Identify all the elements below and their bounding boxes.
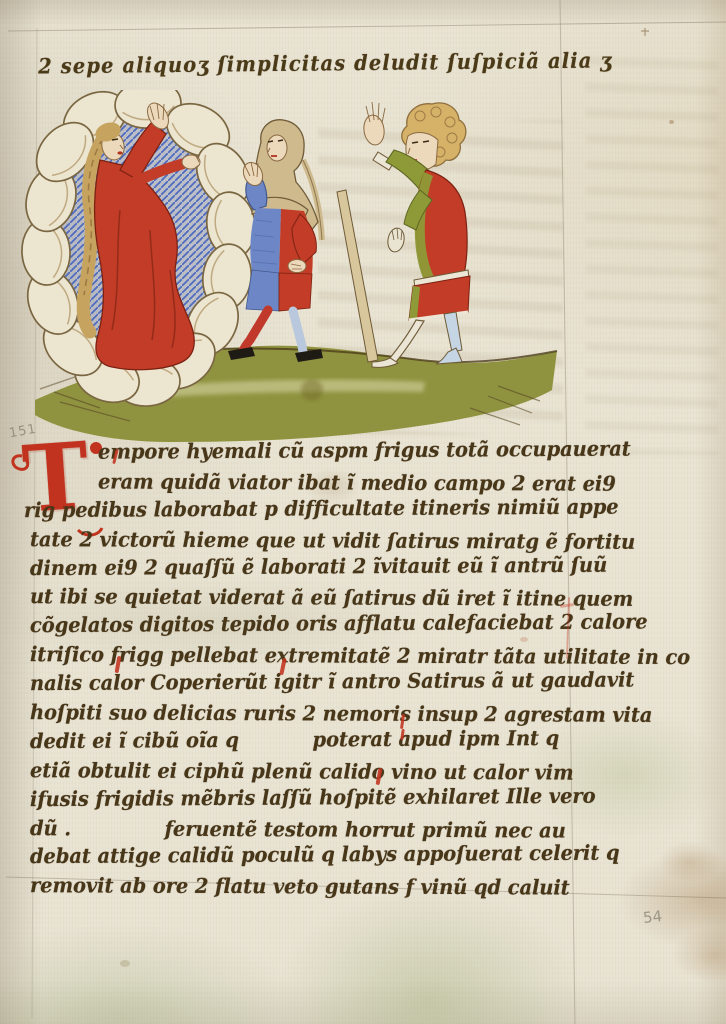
spirit-face: [93, 119, 127, 162]
verso-text-showthrough-margin: [586, 55, 718, 455]
hood-cape: [252, 197, 308, 228]
youth-red-tunic: [416, 170, 467, 286]
youth-figure: [362, 102, 470, 367]
traveler-blue-stocking: [293, 311, 303, 353]
ground-hatch-strokes: [54, 386, 540, 425]
youth-front-foot: [372, 358, 398, 367]
spirit-dress-folds: [112, 210, 175, 348]
youth-raised-hand: [362, 102, 386, 146]
text-line: empore hyemali cũ aspm frigus totã occup…: [30, 437, 630, 471]
text-line: cõgelatos digitos tepido oris afflatu ca…: [30, 610, 630, 644]
text-line: debat attige calidũ poculũ q labys appoſ…: [30, 841, 630, 875]
text-line: dedit ei ĩ cibũ oĩa q poterat apud ipm I…: [30, 726, 630, 760]
ground-dark-spot: [301, 379, 323, 401]
foxing-speck: [669, 120, 674, 124]
blue-hatch-interior: [58, 116, 226, 380]
main-text-block: empore hyemali cũ aspm frigus totã occup…: [30, 441, 630, 903]
hooded-traveler-figure: [228, 120, 378, 362]
traveler-skirt-red: [279, 273, 312, 311]
traveler-skirt-blue: [246, 270, 279, 311]
foxing-speck: [120, 960, 130, 967]
spirit-raised-sleeve: [120, 122, 166, 180]
traveler-red-stocking: [243, 310, 268, 351]
youth-front-hand: [386, 227, 406, 253]
text-line: ifusis frigidis mẽbris laſſũ hoſpitẽ exh…: [30, 783, 630, 817]
youth-bent-arm-sleeve: [404, 190, 432, 230]
pencil-corner-annotation: 54: [642, 907, 663, 927]
walking-staff: [337, 190, 378, 362]
text-line: nalis calor Coperierũt igitr ĩ antro Sat…: [30, 668, 630, 702]
text-line: dinem ei9 2 quaſſũ ẽ laborati 2 ĩvitauit…: [30, 552, 630, 586]
spirit-hair-cap: [93, 119, 124, 145]
traveler-raised-hand: [240, 159, 266, 188]
traveler-blue-sleeve: [246, 176, 267, 210]
youth-curly-hair: [402, 103, 466, 166]
spirit-lips: [117, 151, 122, 154]
manuscript-page: 2 sepe aliquoʒ ſimplicitas deludit ſuſpi…: [0, 0, 726, 1024]
traveler-front-shoe: [228, 347, 255, 360]
hood-liripipe: [303, 160, 322, 240]
green-ground: [35, 346, 557, 442]
miniature-illustration: [0, 90, 726, 452]
ground-top-outline: [150, 349, 557, 363]
spirit-figure: [83, 99, 200, 369]
youth-front-leg: [390, 320, 424, 362]
spirit-eye: [112, 139, 118, 140]
text-line: removit ab ore 2 flatu veto gutans f vin…: [30, 874, 630, 907]
youth-green-sleeve: [386, 150, 436, 190]
traveler-blue-texture: [253, 220, 277, 264]
youth-curl-lines: [415, 107, 457, 157]
hood: [254, 120, 318, 232]
top-rule-line: [8, 22, 726, 31]
youth-eyes: [412, 141, 429, 143]
spirit-raised-hand: [143, 99, 173, 132]
youth-green-front-band: [415, 172, 437, 286]
ground-left-outline: [40, 353, 150, 389]
traveler-back-shoe: [295, 349, 323, 362]
youth-back-foot: [436, 348, 462, 364]
cloud-wreath: [18, 90, 259, 411]
youth-skirt: [409, 276, 470, 320]
blue-wash: [58, 116, 226, 380]
traveler-waist-hand: [288, 260, 306, 273]
caption-rubric-line: 2 sepe aliquoʒ ſimplicitas deludit ſuſpi…: [38, 49, 518, 79]
cloud-puffs: [18, 90, 259, 411]
spirit-nose: [120, 145, 123, 149]
spirit-second-hand: [182, 155, 200, 169]
youth-skirt-hem: [409, 312, 468, 320]
traveler-nose: [268, 148, 270, 152]
hood-liripipe-line: [303, 160, 322, 240]
verso-text-showthrough: [318, 120, 563, 435]
traveler-torso-blue: [250, 208, 281, 273]
text-line: rig pedibus laborabat p difficultate iti…: [24, 494, 630, 528]
spirit-hair-strands: [84, 138, 103, 295]
spirit-second-arm: [135, 164, 182, 182]
traveler-eyes: [268, 140, 283, 142]
youth-nose: [408, 148, 410, 154]
youth-white-belt: [414, 270, 469, 289]
youth-back-leg: [444, 312, 462, 352]
youth-white-cuff: [373, 152, 394, 170]
margin-cross-mark: [641, 28, 649, 36]
traveler-face: [267, 135, 287, 161]
ground-fill: [35, 346, 557, 442]
ground-light-band: [120, 380, 425, 400]
youth-face: [406, 133, 438, 171]
youth-skirt-green-edge: [409, 286, 420, 320]
spirit-hair: [83, 138, 103, 332]
traveler-red-arm: [292, 214, 316, 264]
traveler-torso-red: [279, 209, 313, 274]
spirit-red-dress: [95, 160, 195, 370]
